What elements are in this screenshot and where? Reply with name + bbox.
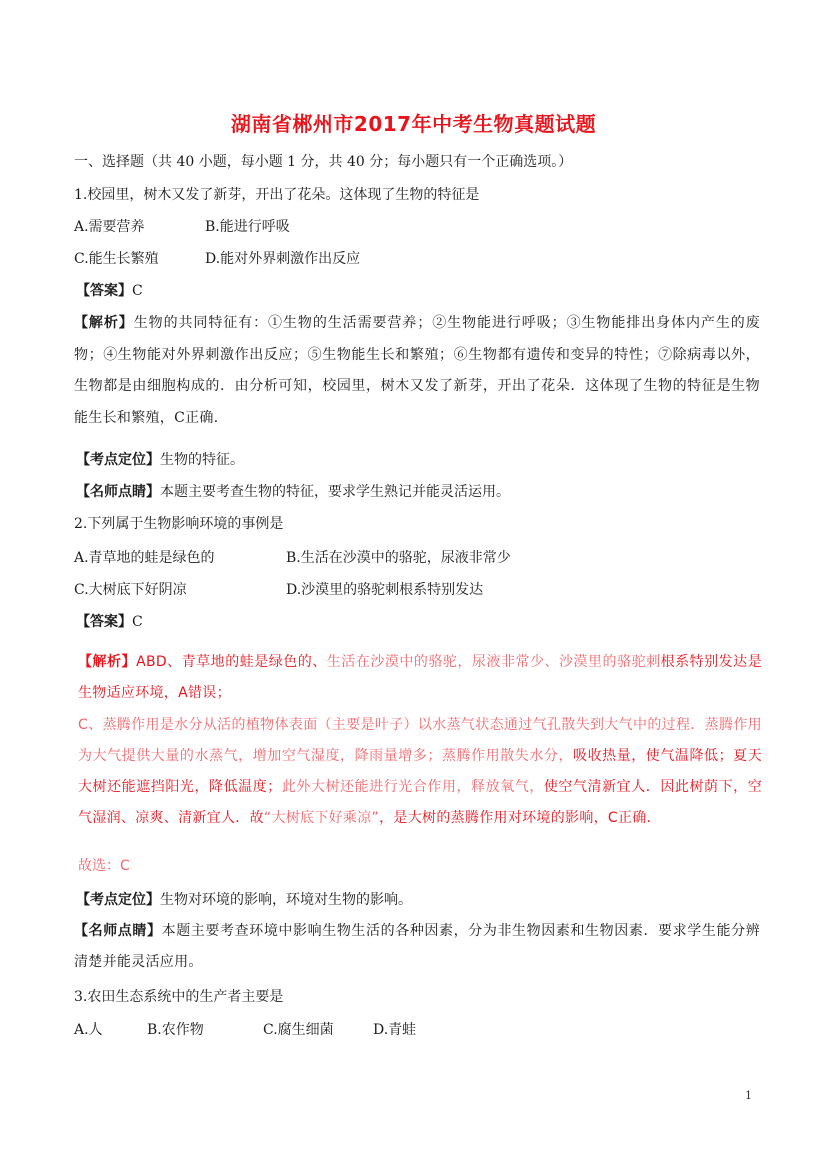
question-2-final-choice: 故选：C [78,856,130,876]
question-1-option-c: C.能生长繁殖 [74,249,159,269]
mingshi-text: 本题主要考查生物的特征，要求学生熟记并能灵活运用。 [160,484,510,500]
document-page: 湖南省郴州市2017年中考生物真题试题 一、选择题（共 40 小题，每小题 1 … [0,0,827,1169]
question-1-analysis: 【解析】生物的共同特征有：①生物的生活需要营养；②生物能进行呼吸；③生物能排出身… [74,308,760,434]
question-1-mingshi: 【名师点睛】本题主要考查生物的特征，要求学生熟记并能灵活运用。 [76,482,510,502]
analysis-label: 【解析】 [74,315,134,331]
question-3-option-a: A.人 [74,1020,103,1040]
analysis-c-segment: 此外大树还能进行光合作用，释放氧气， [282,779,544,795]
question-3-option-c: C.腐生细菌 [263,1020,334,1040]
analysis-label: 【解析】 [78,654,136,670]
question-2-analysis: 【解析】ABD、青草地的蛙是绿色的、生活在沙漠中的骆驼，尿液非常少、沙漠里的骆驼… [78,647,762,709]
question-2-kaodian: 【考点定位】生物对环境的影响，环境对生物的影响。 [76,890,412,910]
question-3-option-b: B.农作物 [147,1020,204,1040]
question-1-option-b: B.能进行呼吸 [205,217,290,237]
question-2-option-b: B.生活在沙漠中的骆驼，尿液非常少 [286,548,511,568]
answer-label: 【答案】 [76,283,132,299]
page-number: 1 [745,1089,752,1102]
answer-value: C [132,283,143,299]
analysis-c-segment: “大树底下好乘凉” [264,810,379,826]
kaodian-text: 生物对环境的影响，环境对生物的影响。 [160,892,412,908]
answer-value: C [132,614,143,630]
question-1-kaodian: 【考点定位】生物的特征。 [76,450,244,470]
question-3-stem: 3.农田生态系统中的生产者主要是 [74,987,283,1007]
analysis-c-segment: 降雨量增多；蒸腾作用散失水分， [355,748,573,764]
question-2-mingshi: 【名师点睛】本题主要考查环境中影响生物生活的各种因素，分为非生物因素和生物因素．… [74,916,760,978]
kaodian-text: 生物的特征。 [160,452,244,468]
question-2-option-d: D.沙漠里的骆驼刺根系特别发达 [286,580,483,600]
kaodian-label: 【考点定位】 [76,892,160,908]
mingshi-label: 【名师点睛】 [76,484,160,500]
section-heading: 一、选择题（共 40 小题，每小题 1 分，共 40 分；每小题只有一个正确选项… [74,152,572,172]
question-2-option-a: A.青草地的蛙是绿色的 [74,548,215,568]
analysis-segment: ABD、青草地的蛙是绿色的、 [136,654,327,670]
mingshi-text: 本题主要考查环境中影响生物生活的各种因素，分为非生物因素和生物因素．要求学生能分… [74,923,760,970]
question-3-option-d: D.青蛙 [373,1020,416,1040]
question-2-stem: 2.下列属于生物影响环境的事例是 [74,514,283,534]
question-2-answer: 【答案】C [76,612,143,632]
kaodian-label: 【考点定位】 [76,452,160,468]
document-title: 湖南省郴州市2017年中考生物真题试题 [0,108,827,137]
question-1-stem: 1.校园里，树木又发了新芽，开出了花朵。这体现了生物的特征是 [74,185,479,205]
analysis-c-segment: ，是大树的蒸腾作用对环境的影响，C正确． [379,810,661,826]
question-1-option-a: A.需要营养 [74,217,145,237]
analysis-text: 生物的共同特征有：①生物的生活需要营养；②生物能进行呼吸；③生物能排出身体内产生… [74,315,760,426]
question-2-option-c: C.大树底下好阴凉 [74,580,187,600]
answer-label: 【答案】 [76,614,132,630]
mingshi-label: 【名师点睛】 [74,923,162,939]
question-1-answer: 【答案】C [76,281,143,301]
question-2-analysis-c: C、蒸腾作用是水分从活的植物体表面（主要是叶子）以水蒸气状态通过气孔散失到大气中… [78,710,762,834]
analysis-segment: 生活在沙漠中的骆驼，尿液非常少、沙漠里的骆驼刺 [327,654,661,670]
question-1-option-d: D.能对外界刺激作出反应 [205,249,360,269]
